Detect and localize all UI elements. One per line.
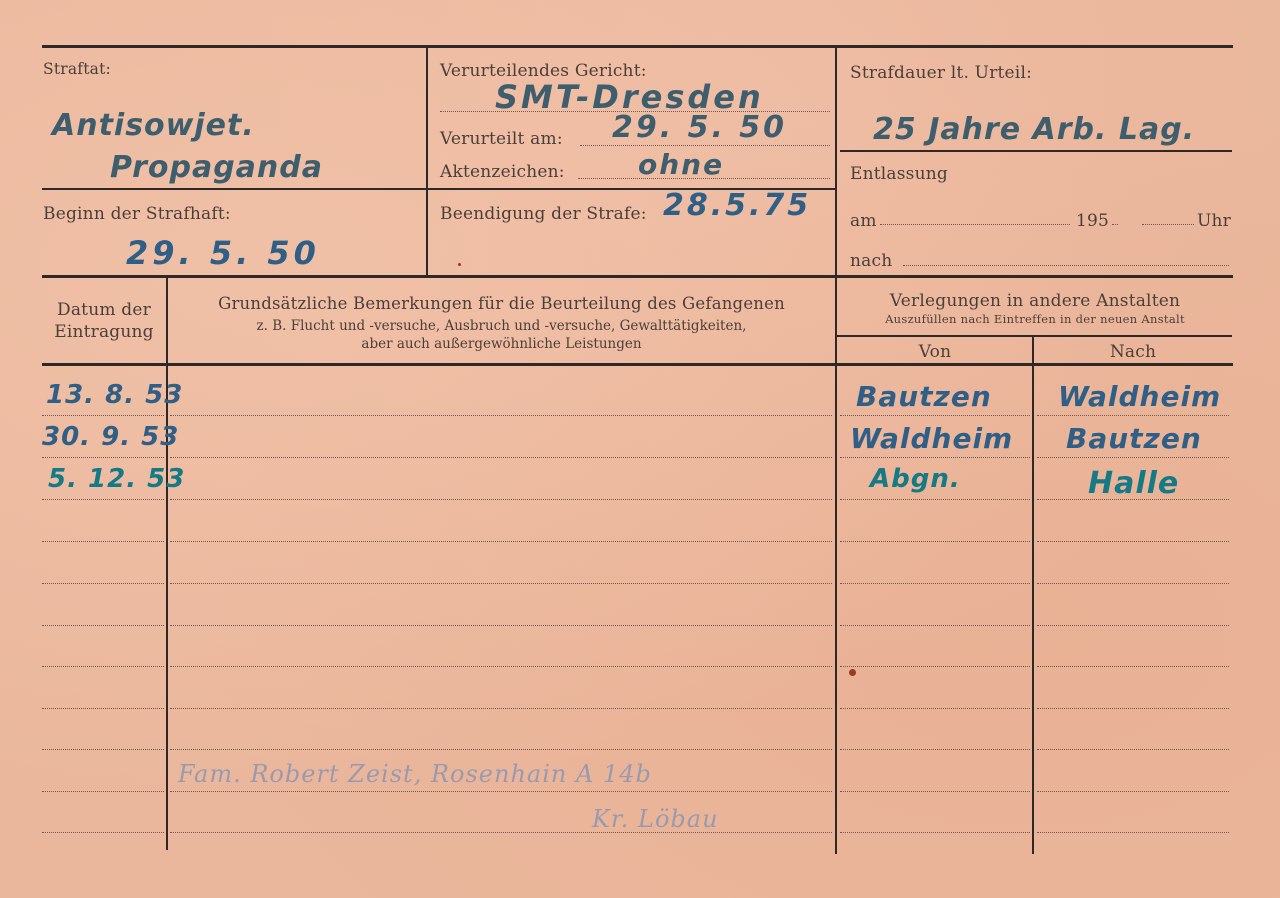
dotted-row-line [1037, 625, 1229, 626]
dotted-row-line [42, 583, 164, 584]
dotted-row-line [840, 791, 1030, 792]
release-destination-label: nach [850, 251, 892, 271]
row-date: 30. 9. 53 [42, 422, 179, 452]
dotted-row-line [1037, 457, 1229, 458]
dotted-line [903, 265, 1229, 266]
header-date-line2: Eintragung [42, 322, 166, 342]
row-to: Halle [1088, 466, 1179, 501]
release-am-label: am [850, 211, 877, 231]
sentence-duration-value: 25 Jahre Arb. Lag. [873, 112, 1195, 147]
dotted-row-line [42, 708, 164, 709]
sentence-underline [840, 150, 1232, 152]
header-remarks-sub2: aber auch außergewöhnliche Leistungen [168, 336, 835, 352]
dotted-row-line [170, 625, 832, 626]
top-border [42, 45, 1233, 48]
dotted-row-line [1037, 415, 1229, 416]
sentenced-date-value: 29. 5. 50 [612, 110, 787, 145]
release-time-label: Uhr [1197, 211, 1231, 231]
dotted-line [880, 224, 1070, 225]
dotted-row-line [170, 583, 832, 584]
dotted-row-line [840, 541, 1030, 542]
dotted-row-line [42, 499, 164, 500]
dotted-row-line [170, 749, 832, 750]
end-label: Beendigung der Strafe: [440, 204, 647, 224]
header-date-line1: Datum der [42, 300, 166, 320]
dotted-row-line [1037, 832, 1229, 833]
dotted-row-line [42, 625, 164, 626]
section-border [42, 275, 1233, 278]
row-from: Abgn. [870, 464, 961, 494]
dotted-row-line [840, 832, 1030, 833]
header-transfers-title: Verlegungen in andere Anstalten [837, 291, 1233, 311]
dotted-row-line [42, 832, 164, 833]
dotted-row-line [1037, 708, 1229, 709]
offense-value-line2: Propaganda [110, 150, 323, 185]
dotted-row-line [840, 708, 1030, 709]
offense-value-line1: Antisowjet. [52, 108, 255, 143]
pencil-note-line2: Kr. Löbau [592, 805, 719, 833]
start-label: Beginn der Strafhaft: [43, 204, 231, 224]
dotted-row-line [170, 832, 832, 833]
header-from: Von [837, 342, 1033, 362]
divider-court-sentence [835, 46, 837, 854]
sentence-duration-label: Strafdauer lt. Urteil: [850, 63, 1032, 83]
dotted-row-line [1037, 791, 1229, 792]
sentenced-date-label: Verurteilt am: [440, 129, 563, 149]
dotted-row-line [170, 666, 832, 667]
dotted-row-line [840, 666, 1030, 667]
file-number-value: ohne [638, 148, 724, 181]
divider-offense-court [426, 46, 428, 277]
dotted-row-line [840, 499, 1030, 500]
dotted-row-line [170, 791, 832, 792]
header-to: Nach [1034, 342, 1232, 362]
dotted-row-line [42, 415, 164, 416]
row-from: Waldheim [850, 422, 1013, 455]
divider-from-to [1032, 336, 1034, 854]
file-number-label: Aktenzeichen: [440, 162, 565, 182]
dotted-line [580, 145, 830, 146]
dotted-row-line [42, 749, 164, 750]
dotted-line [1142, 224, 1194, 225]
offense-label: Straftat: [43, 60, 111, 78]
row-to: Bautzen [1066, 422, 1202, 455]
start-value: 29. 5. 50 [126, 234, 320, 272]
dotted-row-line [1037, 541, 1229, 542]
release-label: Entlassung [850, 164, 948, 184]
dotted-row-line [170, 457, 832, 458]
release-year-label: 195 [1076, 211, 1109, 231]
dotted-row-line [170, 541, 832, 542]
transfers-subheader-line [836, 335, 1232, 337]
dotted-row-line [1037, 666, 1229, 667]
end-value: 28.5.75 [663, 188, 811, 223]
dotted-line [1112, 224, 1118, 225]
pencil-note-line1: Fam. Robert Zeist, Rosenhain A 14b [178, 760, 652, 788]
header-remarks-title: Grundsätzliche Bemerkungen für die Beurt… [168, 294, 835, 313]
row-date: 5. 12. 53 [48, 464, 185, 494]
dotted-row-line [840, 415, 1030, 416]
dotted-row-line [840, 583, 1030, 584]
row-to: Waldheim [1058, 380, 1221, 413]
dotted-row-line [42, 541, 164, 542]
dotted-row-line [170, 415, 832, 416]
dotted-row-line [42, 457, 164, 458]
dotted-row-line [170, 708, 832, 709]
dotted-row-line [1037, 583, 1229, 584]
ink-spot [849, 669, 856, 676]
dotted-row-line [170, 499, 832, 500]
row-from: Bautzen [856, 380, 992, 413]
header-bottom-border [42, 363, 1233, 366]
dotted-row-line [42, 791, 164, 792]
header-remarks-sub1: z. B. Flucht und -versuche, Ausbruch und… [168, 318, 835, 334]
ink-spot [458, 263, 461, 266]
dotted-row-line [840, 625, 1030, 626]
row-date: 13. 8. 53 [46, 380, 183, 410]
dotted-row-line [42, 666, 164, 667]
dotted-row-line [1037, 749, 1229, 750]
dotted-row-line [840, 749, 1030, 750]
header-transfers-sub: Auszufüllen nach Eintreffen in der neuen… [837, 312, 1233, 326]
dotted-row-line [840, 457, 1030, 458]
